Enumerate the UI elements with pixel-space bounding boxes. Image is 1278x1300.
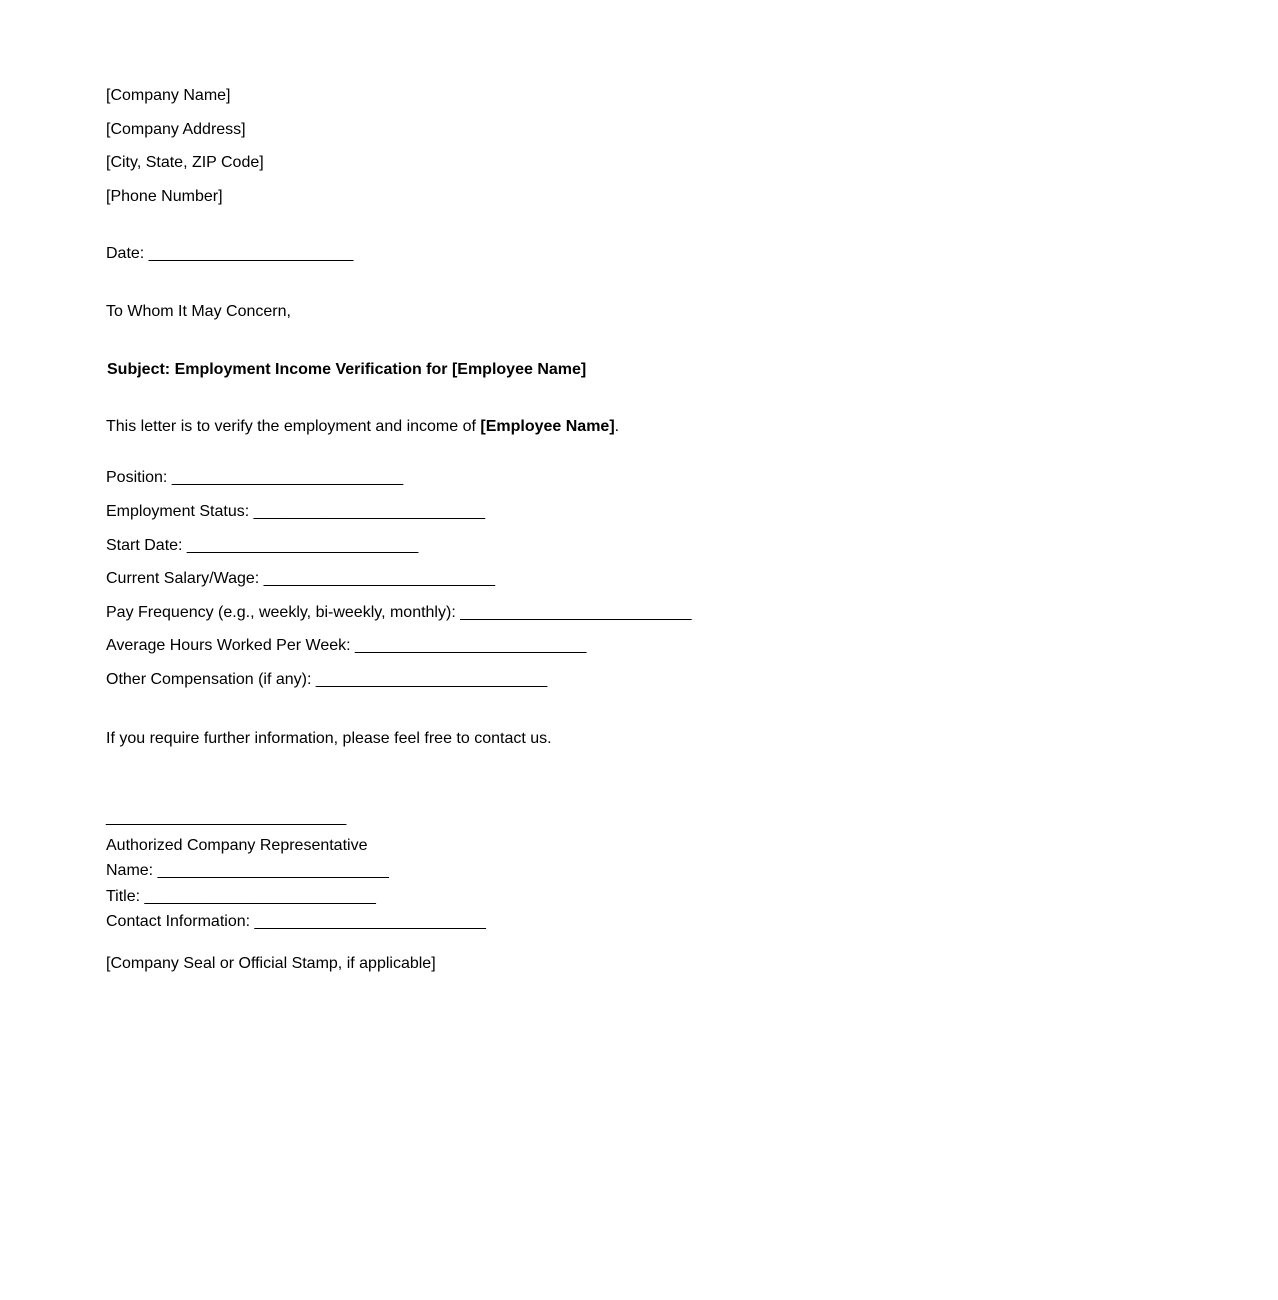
field-label: Name: [106, 862, 158, 879]
salutation: To Whom It May Concern, [106, 302, 291, 322]
signature-contact: Contact Information: ___________________… [106, 912, 486, 932]
field-label: Average Hours Worked Per Week: [106, 637, 355, 654]
field-blank[interactable]: __________________________ [158, 862, 389, 879]
field-position: Position: __________________________ [106, 468, 403, 488]
representative-role: Authorized Company Representative [106, 836, 367, 856]
field-blank[interactable]: __________________________ [264, 570, 495, 587]
field-other-compensation: Other Compensation (if any): ___________… [106, 670, 547, 690]
intro-text: This letter is to verify the employment … [106, 418, 480, 435]
signature-name: Name: __________________________ [106, 861, 389, 881]
field-label: Contact Information: [106, 913, 255, 930]
subject-line: Subject: Employment Income Verification … [107, 360, 586, 380]
field-start-date: Start Date: __________________________ [106, 536, 418, 556]
employee-name: [Employee Name] [480, 418, 614, 435]
field-label: Position: [106, 469, 172, 486]
field-blank[interactable]: __________________________ [145, 888, 376, 905]
field-blank[interactable]: __________________________ [316, 671, 547, 688]
field-blank[interactable]: __________________________ [254, 503, 485, 520]
company-address: [Company Address] [106, 120, 246, 140]
field-label: Current Salary/Wage: [106, 570, 264, 587]
city-state-zip: [City, State, ZIP Code] [106, 153, 264, 173]
intro-end: . [615, 418, 619, 435]
field-current-salary: Current Salary/Wage: ___________________… [106, 569, 495, 589]
date-label: Date: [106, 245, 149, 262]
signature-title: Title: __________________________ [106, 887, 376, 907]
field-blank[interactable]: __________________________ [460, 604, 691, 621]
field-blank[interactable]: __________________________ [355, 637, 586, 654]
company-seal-note: [Company Seal or Official Stamp, if appl… [106, 954, 436, 974]
field-pay-frequency: Pay Frequency (e.g., weekly, bi-weekly, … [106, 603, 692, 623]
field-employment-status: Employment Status: _____________________… [106, 502, 485, 522]
date-blank[interactable]: _______________________ [149, 245, 354, 262]
field-label: Employment Status: [106, 503, 254, 520]
field-label: Other Compensation (if any): [106, 671, 316, 688]
field-blank[interactable]: __________________________ [172, 469, 403, 486]
date-field: Date: _______________________ [106, 244, 353, 264]
field-label: Pay Frequency (e.g., weekly, bi-weekly, … [106, 604, 460, 621]
field-blank[interactable]: __________________________ [187, 537, 418, 554]
field-label: Title: [106, 888, 145, 905]
phone-number: [Phone Number] [106, 187, 223, 207]
signature-line[interactable]: ___________________________ [106, 808, 346, 828]
field-average-hours: Average Hours Worked Per Week: _________… [106, 636, 586, 656]
field-blank[interactable]: __________________________ [255, 913, 486, 930]
intro-paragraph: This letter is to verify the employment … [106, 417, 619, 437]
closing-sentence: If you require further information, plea… [106, 729, 552, 749]
field-label: Start Date: [106, 537, 187, 554]
company-name: [Company Name] [106, 86, 231, 106]
